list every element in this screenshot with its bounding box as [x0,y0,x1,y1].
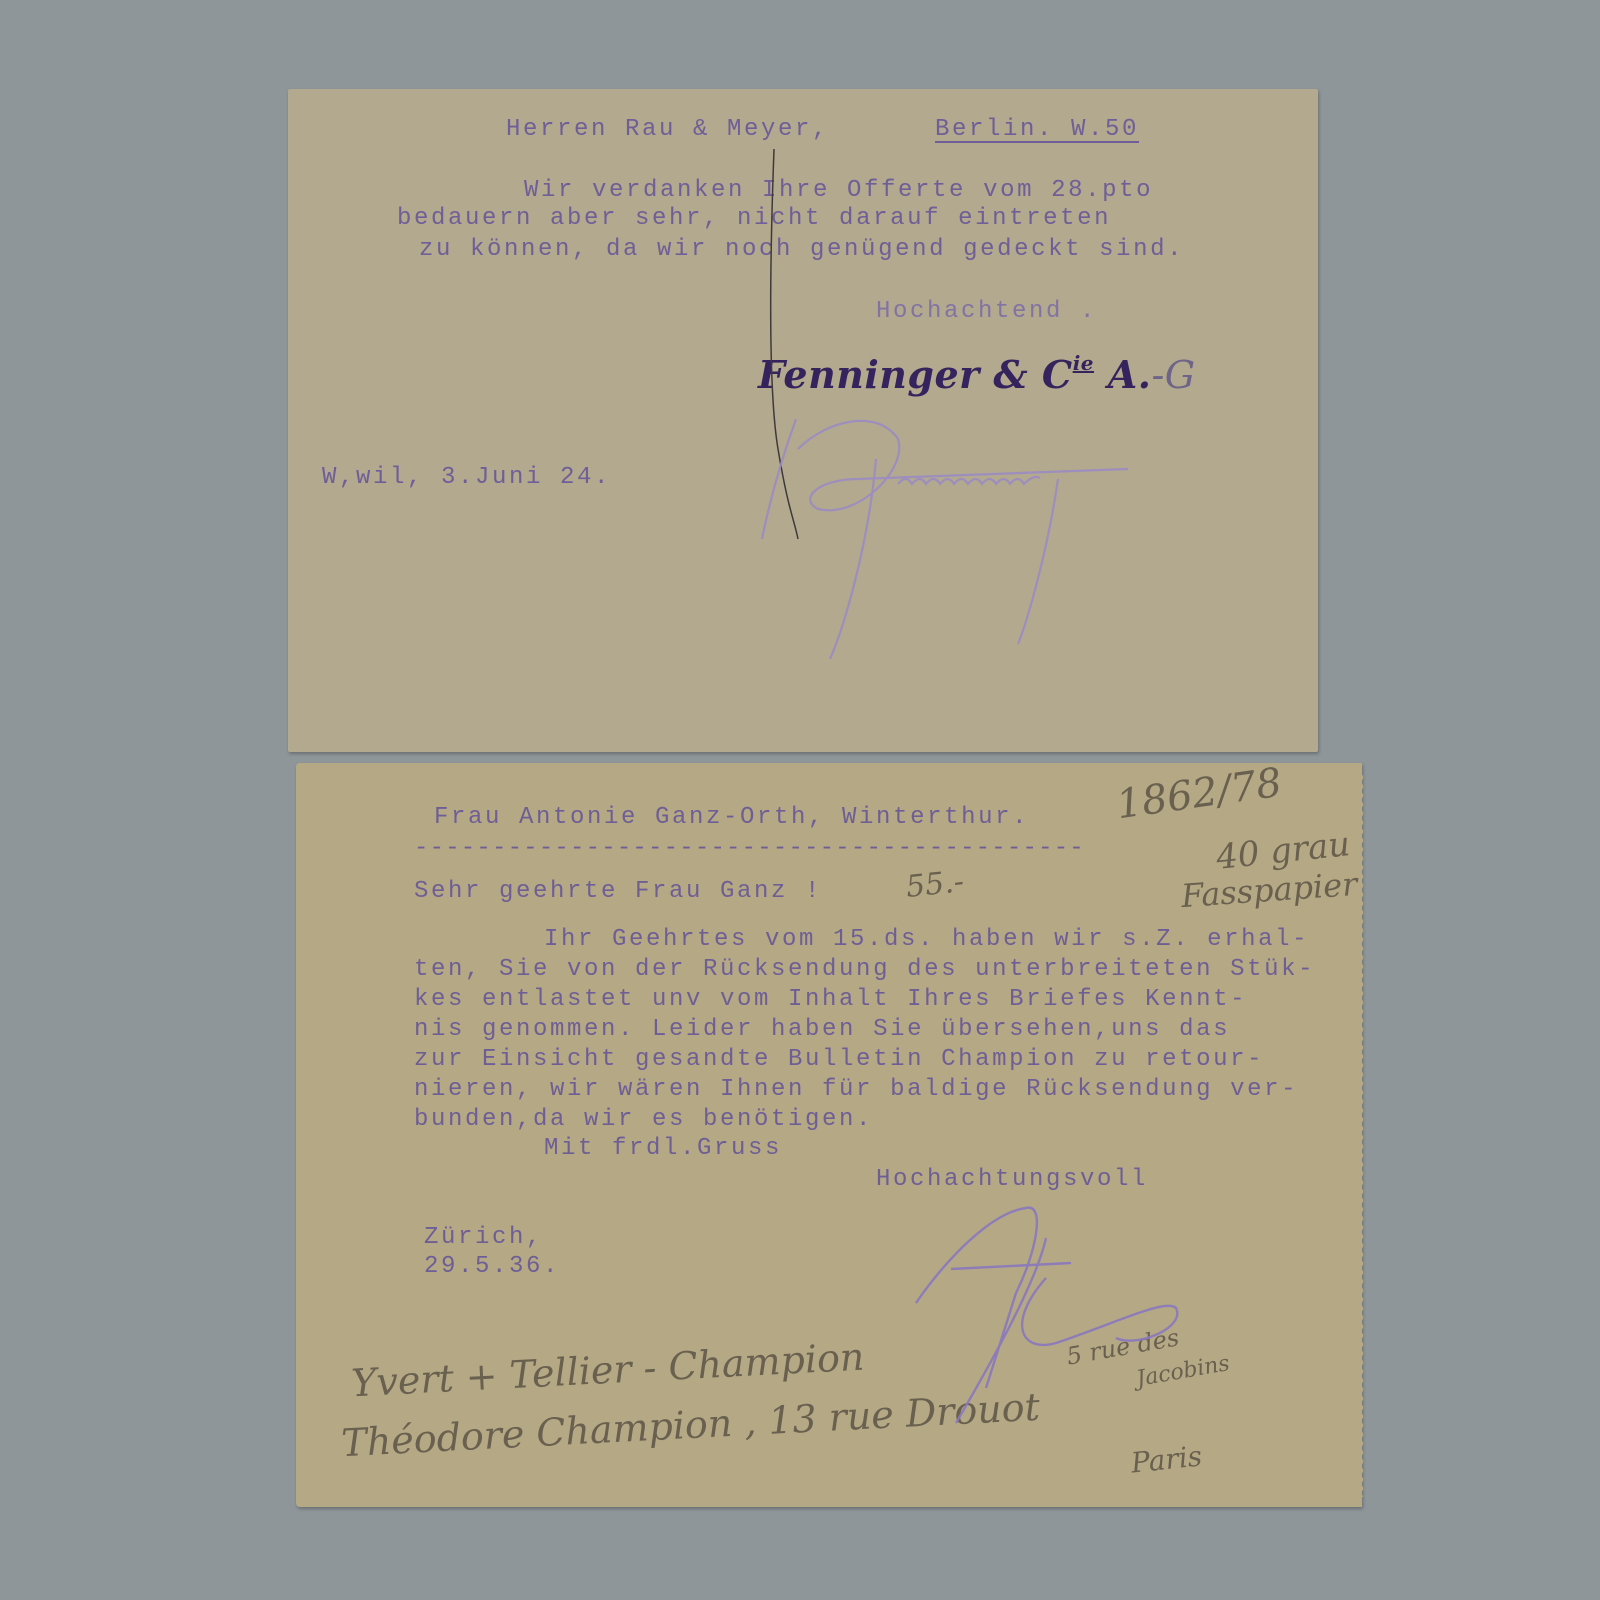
greeting: Mit frdl.Gruss [544,1135,782,1162]
body-line-1: Ihr Geehrtes vom 15.ds. haben wir s.Z. e… [544,926,1309,953]
signature-1 [748,399,1168,709]
signature-2 [896,1193,1216,1433]
divider-line: ----------------------------------------… [414,835,1085,862]
date: 29.5.36. [424,1253,560,1280]
body-line-5: zur Einsicht gesandte Bulletin Champion … [414,1046,1264,1073]
price-note: 55.- [904,864,965,905]
body-line-1: Wir verdanken Ihre Offerte vom 28.pto [524,177,1153,204]
recipient-address: Frau Antonie Ganz-Orth, Winterthur. [434,804,1029,831]
body-line-2: bedauern aber sehr, nicht darauf eintret… [397,205,1111,232]
postcard-1936: Frau Antonie Ganz-Orth, Winterthur. ----… [296,763,1362,1507]
body-line-3: kes entlastet unv vom Inhalt Ihres Brief… [414,986,1247,1013]
salutation: Sehr geehrte Frau Ganz ! [414,878,822,905]
perforated-edge [1360,773,1368,1497]
closing-text: Hochachtend . [876,298,1097,325]
company-stamp: Fenninger & Cie A.-G [758,351,1196,397]
body-line-4: nis genommen. Leider haben Sie übersehen… [414,1016,1230,1043]
body-line-6: nieren, wir wären Ihnen für baldige Rück… [414,1076,1298,1103]
bottom-note-line-1: Yvert + Tellier - Champion [350,1335,865,1406]
closing-text: Hochachtungsvoll [876,1166,1148,1193]
body-line-7: bunden,da wir es benötigen. [414,1106,873,1133]
body-line-2: ten, Sie von der Rücksendung des unterbr… [414,956,1315,983]
bottom-note-line-3: Paris [1129,1439,1203,1479]
note-paper-type: Fasspapier [1180,865,1359,915]
recipient-city: Berlin. W.50 [935,116,1139,143]
postcard-1924: Herren Rau & Meyer, Berlin. W.50 Wir ver… [288,89,1318,752]
reference-number: 1862/78 [1114,760,1285,829]
place: Zürich, [424,1224,543,1251]
place-date: W,wil, 3.Juni 24. [322,464,611,491]
